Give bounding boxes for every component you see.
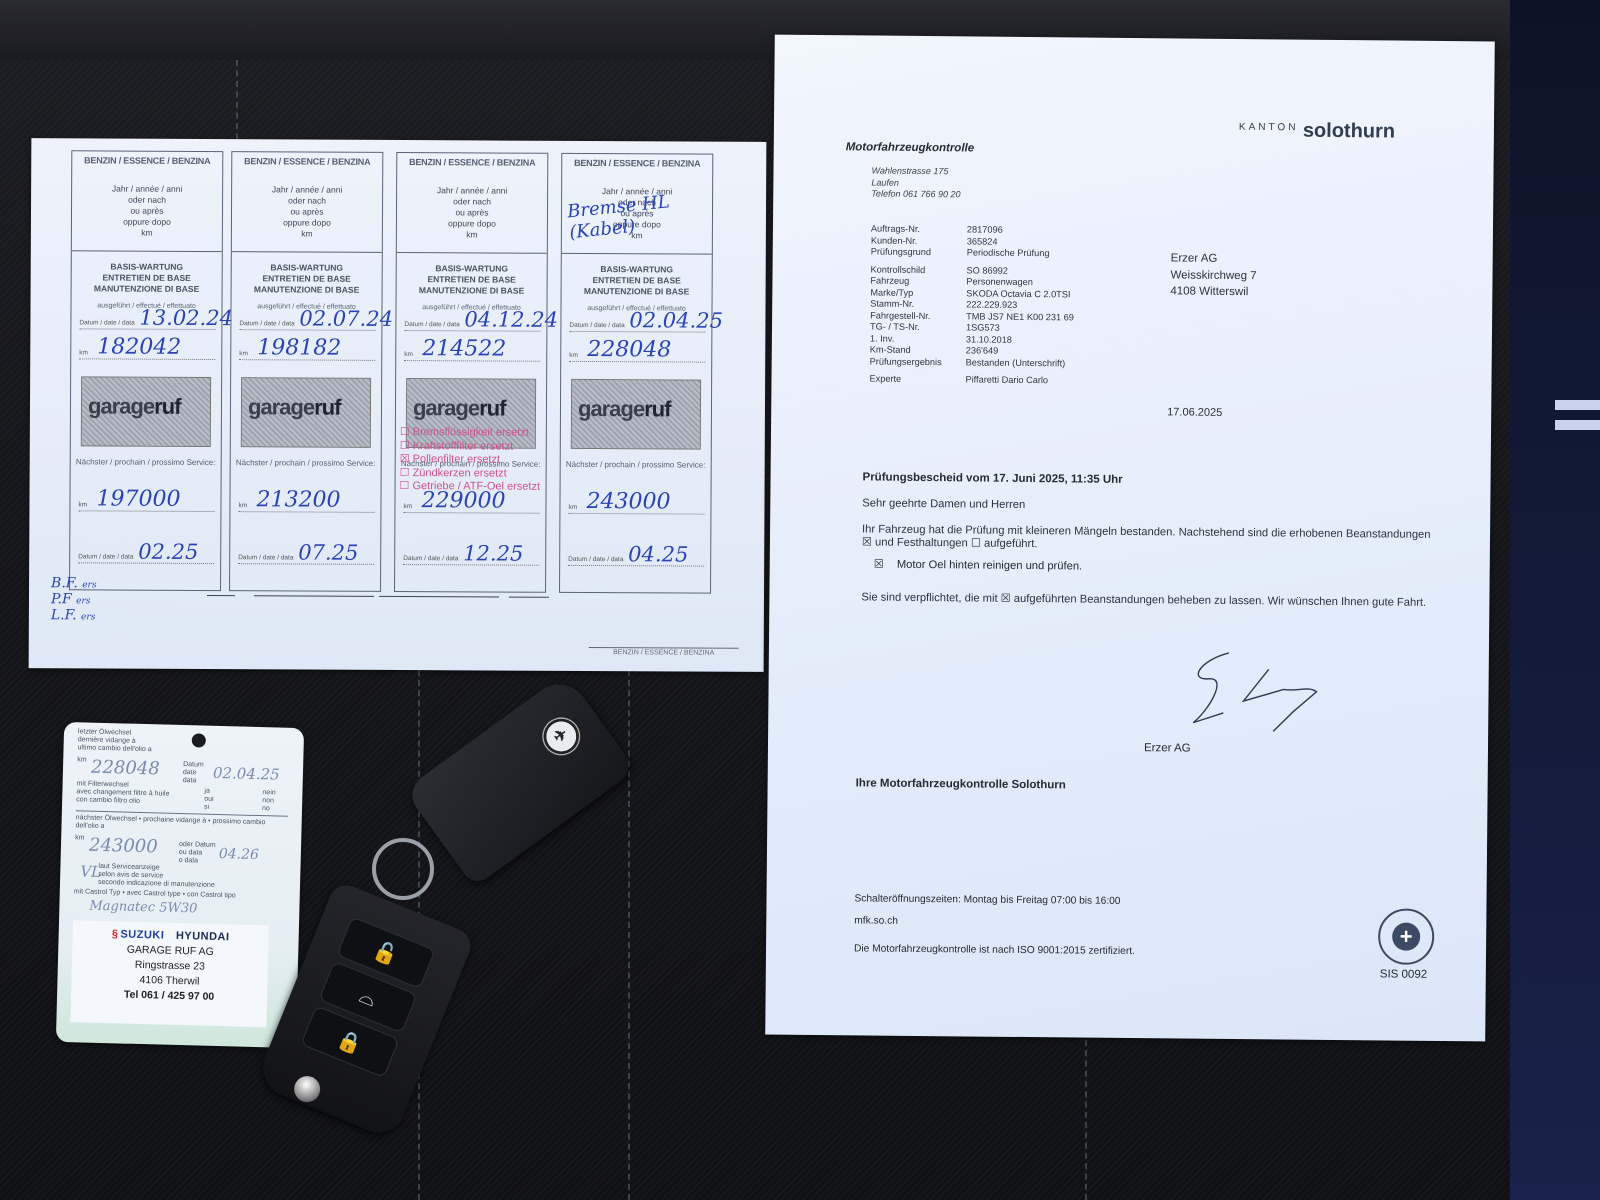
km-label: km (403, 503, 412, 510)
fact-value: 2817096 (967, 224, 1075, 237)
fact-value: SO 86992 (967, 265, 1075, 278)
basis-line: MANUTENZIONE DI BASE (72, 283, 222, 295)
fact-label: 1. Inv. (870, 333, 966, 345)
iso-note: Die Motorfahrzeugkontrolle ist nach ISO … (854, 943, 1135, 957)
next-service-km-field: km243000 (568, 494, 704, 515)
basis-line: BASIS-WARTUNG (562, 264, 712, 276)
last-change-date: 02.04.25 (213, 764, 280, 784)
service-entry: BENZIN / ESSENCE / BENZINAJahr / année /… (559, 153, 713, 594)
km-label: km (239, 350, 248, 357)
label-line: si (204, 804, 214, 812)
interval-line: oppure dopo (72, 216, 222, 228)
basis-service-label: BASIS-WARTUNGENTRETIEN DE BASEMANUTENZIO… (562, 254, 712, 298)
fact-value: Bestanden (Unterschrift) (966, 357, 1074, 370)
interval-line: Jahr / année / anni (72, 183, 222, 195)
fact-row: PrüfungsgrundPeriodische Prüfung (871, 246, 1075, 259)
canton-name: solothurn (1303, 120, 1395, 143)
interval-label: Jahr / année / annioder nachou aprèsoppu… (232, 174, 382, 253)
next-service-date: 12.25 (463, 541, 523, 565)
recipient-address: Erzer AG Weisskirchweg 7 4108 Witterswil (1170, 250, 1257, 300)
garage-logo-accent: ruf (644, 396, 670, 421)
basis-line: BASIS-WARTUNG (397, 263, 547, 275)
seat-stripe (1555, 420, 1600, 430)
service-date-field: Datum / date / data02.04.25 (569, 312, 705, 333)
basis-service-label: BASIS-WARTUNGENTRETIEN DE BASEMANUTENZIO… (397, 253, 547, 297)
office-street: Wahlenstrasse 175 (871, 166, 960, 178)
service-km: 214522 (422, 336, 506, 361)
fact-value: Piffaretti Dario Carlo (965, 374, 1073, 387)
service-km: 198182 (257, 335, 341, 360)
checklist-item: Kraftstofffilter ersetzt (400, 440, 541, 454)
note-line: B.F. ers (51, 576, 97, 592)
closing: Ihre Motorfahrzeugkontrolle Solothurn (856, 777, 1066, 791)
service-entry: BENZIN / ESSENCE / BENZINAJahr / année /… (394, 152, 548, 593)
service-date: 13.02.24 (139, 306, 233, 330)
km-label: km (569, 352, 578, 359)
vehicle-facts-table: Auftrags-Nr.2817096Kunden-Nr.365824Prüfu… (869, 223, 1074, 386)
fact-label: Fahrgestell-Nr. (870, 310, 966, 322)
interval-line: Jahr / année / anni (232, 184, 382, 196)
dealer-sticker: SUZUKI HYUNDAI GARAGE RUF AG Ringstrasse… (70, 920, 269, 1027)
next-service-date-field: Datum / date / data02.25 (78, 543, 214, 564)
interval-line: ou après (397, 207, 547, 219)
fact-label: Km-Stand (870, 344, 966, 356)
service-date: 04.12.24 (464, 307, 558, 331)
checklist-item: Pollenfilter ersetzt (400, 453, 541, 467)
next-service-label: Nächster / prochain / prossimo Service: (71, 456, 221, 468)
fact-label: TG- / TS-Nr. (870, 321, 966, 333)
km-label: km (75, 834, 85, 842)
filter-label: mit Filterwechselavec changement filtre … (76, 780, 170, 806)
next-service-km-field: km229000 (403, 493, 539, 514)
interval-line: oder nach (232, 195, 382, 207)
service-entry: BENZIN / ESSENCE / BENZINAJahr / année /… (69, 150, 223, 591)
entry-header: BENZIN / ESSENCE / BENZINA (72, 151, 222, 174)
castrol-type: Magnatec 5W30 (89, 899, 197, 917)
service-indicator-label: laut Serviceanzeigeselon avis de service… (98, 863, 215, 890)
label-line: data (183, 777, 204, 786)
fact-label: Auftrags-Nr. (871, 223, 967, 235)
basis-line: MANUTENZIONE DI BASE (397, 285, 547, 297)
checked-box-icon: ☒ (874, 559, 884, 571)
paragraph-obligation: Sie sind verpflichtet, die mit ☒ aufgefü… (861, 591, 1431, 609)
tag-hole (192, 733, 206, 747)
fact-value: TMB JS7 NE1 K00 231 69 (966, 311, 1074, 324)
service-date-field: Datum / date / data13.02.24 (79, 309, 215, 330)
canton-prefix: KANTON (1239, 122, 1299, 134)
service-km-field: km182042 (79, 339, 215, 360)
service-entry: BENZIN / ESSENCE / BENZINAJahr / année /… (229, 151, 383, 592)
next-change-label: nächster Ölwechsel • prochaine vidange à… (75, 814, 275, 835)
garage-stamp: garageruf (571, 379, 701, 450)
letter-date: 17.06.2025 (1167, 406, 1222, 419)
label-line: oui (204, 796, 214, 804)
recipient-street: Weisskirchweg 7 (1170, 267, 1256, 284)
fact-value: Periodische Prüfung (967, 247, 1075, 260)
service-km: 182042 (97, 334, 181, 359)
canton-logo: KANTON solothurn (1239, 119, 1395, 143)
fact-value: 1SG573 (966, 322, 1074, 335)
date-label: Datum / date / data (569, 322, 624, 329)
date-label: Datum / date / data (238, 554, 293, 561)
last-change-label: letzter Ölwechseldernière vidange àultim… (77, 728, 152, 754)
garage-logo: garageruf (578, 396, 671, 422)
garage-logo-accent: ruf (154, 394, 180, 419)
checklist-item: Zündkerzen ersetzt (400, 467, 541, 481)
service-km-field: km228048 (569, 342, 705, 363)
service-km-field: km214522 (404, 341, 540, 362)
note-suffix: ers (82, 580, 96, 590)
next-service-date: 02.25 (138, 540, 198, 564)
seat-side-panel (1510, 0, 1600, 1200)
swiss-cross-icon: + (1392, 923, 1420, 951)
office-phone: Telefon 061 766 90 20 (871, 189, 960, 201)
letter-subject: Prüfungsbescheid vom 17. Juni 2025, 11:3… (863, 471, 1123, 485)
interval-line: km (397, 229, 547, 241)
interval-line: km (72, 227, 222, 239)
recipient-name: Erzer AG (1171, 250, 1257, 267)
label-line: no (262, 805, 275, 813)
accreditation-seal: + (1378, 908, 1435, 965)
next-service-label: Nächster / prochain / prossimo Service: (561, 459, 711, 471)
date-label: Datum / date / data (78, 553, 133, 560)
fact-value: 222.229.923 (966, 299, 1074, 312)
basis-line: ENTRETIEN DE BASE (72, 272, 222, 284)
label-line: ja (204, 788, 214, 796)
fact-label: Stamm-Nr. (870, 298, 966, 310)
fact-value: 365824 (967, 236, 1075, 249)
label-line: ultimo cambio dell'olio a (77, 744, 151, 754)
basis-line: ENTRETIEN DE BASE (232, 273, 382, 285)
divider (207, 595, 235, 596)
next-service-date: 04.25 (628, 542, 688, 566)
entry-header: BENZIN / ESSENCE / BENZINA (397, 153, 547, 176)
checklist-item: Bremsflüssigkeit ersetzt (400, 426, 541, 440)
date-label: Datum / date / data (404, 321, 459, 328)
next-page-header: BENZIN / ESSENCE / BENZINA (589, 647, 739, 657)
fact-label: Fahrzeug (870, 275, 966, 287)
hyundai-logo: HYUNDAI (176, 930, 230, 943)
website-link[interactable]: mfk.so.ch (854, 915, 898, 926)
accreditation-label: SIS 0092 (1380, 968, 1427, 980)
km-label: km (79, 349, 88, 356)
service-date-field: Datum / date / data04.12.24 (404, 311, 540, 332)
yes-label: jaouisi (204, 788, 214, 812)
note-suffix: ers (81, 612, 95, 622)
service-date: 02.07.24 (299, 306, 393, 330)
interval-line: oder nach (397, 196, 547, 208)
interval-label: Jahr / année / annioder nachou aprèsoppu… (397, 175, 547, 254)
next-change-km: 243000 (89, 835, 158, 858)
date-label: Datumdatedata (183, 761, 204, 786)
seat-seam (1085, 1040, 1087, 1200)
entry-header: BENZIN / ESSENCE / BENZINA (232, 152, 382, 175)
fact-label: Prüfungsergebnis (870, 356, 966, 368)
finding-text: Motor Oel hinten reinigen und prüfen. (897, 559, 1082, 573)
interval-line: Jahr / année / anni (397, 185, 547, 197)
fact-value: Personenwagen (966, 276, 1074, 289)
service-date-field: Datum / date / data02.07.24 (239, 310, 375, 331)
fact-label: Experte (869, 373, 965, 385)
service-booklet: BENZIN / ESSENCE / BENZINAJahr / année /… (29, 138, 767, 672)
basis-line: ENTRETIEN DE BASE (397, 274, 547, 286)
seat-seam (236, 60, 238, 150)
date-label: Datum / date / data (568, 556, 623, 563)
label-line: secondo indicazione di manutenzione (98, 879, 215, 890)
interval-line: km (232, 228, 382, 240)
signer-name: Erzer AG (1144, 742, 1191, 754)
next-service-date: 07.25 (298, 540, 358, 564)
km-label: km (77, 756, 87, 764)
fact-value: 31.10.2018 (966, 334, 1074, 347)
note-line: L.F. ers (51, 608, 97, 624)
basis-line: BASIS-WARTUNG (232, 262, 382, 274)
office-name: Motorfahrzeugkontrolle (846, 141, 975, 154)
next-service-label: Nächster / prochain / prossimo Service: (231, 457, 381, 469)
finding-item: ☒ Motor Oel hinten reinigen und prüfen. (874, 558, 1083, 573)
next-change-date: 04.26 (219, 846, 259, 863)
basis-service-label: BASIS-WARTUNGENTRETIEN DE BASEMANUTENZIO… (232, 252, 382, 296)
service-km-field: km198182 (239, 340, 375, 361)
interval-line: oder nach (72, 194, 222, 206)
checklist-item: Getriebe / ATF-Oel ersetzt (400, 480, 541, 494)
service-checklist-stamp: Bremsflüssigkeit ersetztKraftstofffilter… (400, 426, 541, 494)
next-service-date-field: Datum / date / data04.25 (568, 546, 704, 567)
or-date-label: oder Datumou datao data (179, 841, 216, 866)
next-service-date-field: Datum / date / data07.25 (238, 544, 374, 565)
garage-logo-accent: ruf (314, 395, 340, 420)
office-city: Laufen (871, 177, 960, 189)
entry-header: BENZIN / ESSENCE / BENZINA (562, 154, 712, 177)
basis-line: BASIS-WARTUNG (72, 261, 222, 273)
next-service-km: 243000 (586, 489, 670, 514)
skoda-smart-key: ✈ (404, 673, 636, 888)
fact-label: Kontrollschild (871, 264, 967, 276)
garage-logo: garageruf (248, 394, 341, 420)
paragraph-result: Ihr Fahrzeug hat die Prüfung mit kleiner… (862, 523, 1432, 553)
divider (254, 595, 374, 597)
office-address: Wahlenstrasse 175 Laufen Telefon 061 766… (871, 166, 961, 201)
basis-line: MANUTENZIONE DI BASE (232, 284, 382, 296)
seat-stripe (1555, 400, 1600, 410)
next-service-km: 213200 (256, 487, 340, 512)
garage-logo-accent: ruf (479, 395, 505, 420)
next-service-km-field: km197000 (78, 491, 214, 512)
date-label: Datum / date / data (239, 320, 294, 327)
km-label: km (78, 501, 87, 508)
divider (379, 596, 499, 598)
skoda-badge-icon: ✈ (535, 710, 588, 763)
fact-label: Kunden-Nr. (871, 235, 967, 247)
interval-label: Jahr / année / annioder nachou aprèsoppu… (72, 173, 222, 252)
fact-label: Prüfungsgrund (871, 246, 967, 258)
date-label: Datum / date / data (403, 555, 458, 562)
km-label: km (404, 351, 413, 358)
suzuki-logo: SUZUKI (112, 928, 165, 941)
interval-line: oppure dopo (232, 217, 382, 229)
opening-hours: Schalteröffnungszeiten: Montag bis Freit… (854, 893, 1120, 907)
fact-row: TG- / TS-Nr.1SG573 (870, 321, 1074, 334)
interval-line: oppure dopo (397, 218, 547, 230)
interval-line: ou après (72, 205, 222, 217)
no-label: neinnonno (262, 789, 276, 813)
note-suffix: ers (76, 596, 90, 606)
garage-logo: garageruf (413, 395, 506, 421)
basis-line: MANUTENZIONE DI BASE (562, 286, 712, 298)
basis-line: ENTRETIEN DE BASE (562, 275, 712, 287)
km-label: km (238, 502, 247, 509)
interval-line: ou après (232, 206, 382, 218)
garage-stamp: garageruf (241, 377, 371, 448)
last-change-km: 228048 (91, 757, 160, 780)
fact-value: 236'649 (966, 345, 1074, 358)
signature (1188, 651, 1329, 742)
seat-seam (628, 660, 630, 1200)
mfk-inspection-letter: KANTON solothurn Motorfahrzeugkontrolle … (765, 35, 1495, 1042)
service-date: 02.04.25 (629, 308, 723, 332)
flip-release-button (290, 1072, 324, 1106)
next-service-km: 197000 (96, 486, 180, 511)
next-service-date-field: Datum / date / data12.25 (403, 545, 539, 566)
recipient-city: 4108 Witterswil (1170, 283, 1256, 300)
next-service-km-field: km213200 (238, 492, 374, 513)
key-ring (372, 838, 434, 900)
handwritten-notes: B.F. ersP.F ersL.F. ers (51, 576, 97, 624)
note-line: P.F ers (51, 592, 97, 608)
garage-stamp: garageruf (81, 376, 211, 447)
fact-row: ExpertePiffaretti Dario Carlo (869, 373, 1073, 386)
salutation: Sehr geehrte Damen und Herren (862, 497, 1432, 515)
date-label: Datum / date / data (79, 319, 134, 326)
divider (509, 597, 549, 598)
basis-service-label: BASIS-WARTUNGENTRETIEN DE BASEMANUTENZIO… (72, 251, 222, 295)
fact-label: Marke/Typ (870, 287, 966, 299)
fact-value: SKODA Octavia C 2.0TSI (966, 288, 1074, 301)
km-label: km (568, 504, 577, 511)
oil-change-tag: letzter Ölwechseldernière vidange àultim… (56, 722, 304, 1048)
service-km: 228048 (587, 337, 671, 362)
fact-row: PrüfungsergebnisBestanden (Unterschrift) (870, 356, 1074, 369)
garage-logo: garageruf (88, 393, 181, 419)
